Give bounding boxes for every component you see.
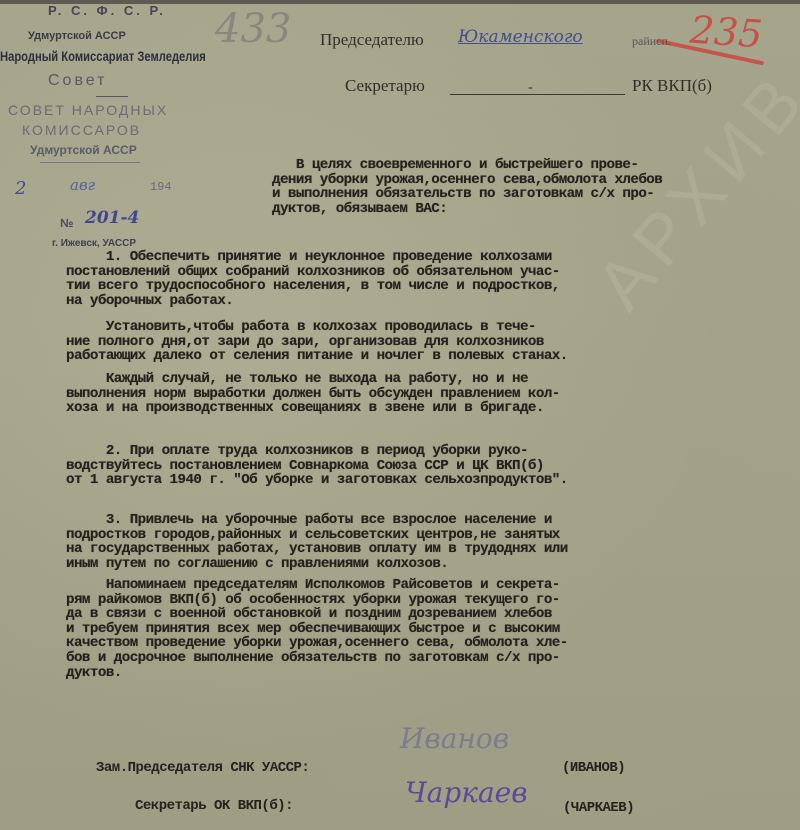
addressee-chair-suffix: райисп.: [632, 34, 671, 49]
document-page: АРХИВ Р. С. Ф. С. Р. Удмуртской АССР Нар…: [0, 0, 800, 830]
letterhead-line7: Удмуртской АССР: [30, 143, 137, 157]
secretary-name: (ЧАРКАЕВ): [563, 800, 634, 816]
addressee-blank-line: [450, 94, 625, 95]
body-item-2: 2. При оплате труда колхозников в период…: [66, 444, 568, 488]
body-item-1: 1. Обеспечить принятие и неуклонное пров…: [66, 250, 560, 308]
number-label: №: [60, 216, 73, 230]
letterhead-republic: Р. С. Ф. С. Р.: [48, 3, 166, 18]
body-intro: В целях своевременного и быстрейшего про…: [272, 158, 662, 216]
document-place: г. Ижевск, УАССР: [52, 238, 136, 249]
addressee-dash: -: [528, 80, 533, 96]
letterhead-divider: [96, 96, 128, 97]
body-item-1-absence: Каждый случай, не только не выхода на ра…: [66, 372, 560, 416]
addressee-district-handwritten: Юкаменского: [458, 27, 583, 47]
document-number: 201-4: [85, 208, 139, 228]
letterhead-divider-2: [40, 162, 140, 163]
date-day: 2: [15, 178, 26, 199]
letterhead-line2: Удмуртской АССР: [28, 30, 126, 42]
letterhead-line3: Народный Комиссариат Земледелия: [0, 48, 206, 64]
chair-signature: Иванов: [400, 722, 509, 755]
body-item-3: 3. Привлечь на уборочные работы все взро…: [66, 513, 568, 571]
addressee-chair-label: Председателю: [320, 30, 424, 50]
addressee-secretary-label: Секретарю: [345, 76, 425, 96]
secretary-title: Секретарь ОК ВКП(б):: [135, 798, 293, 814]
pencil-folio-number: 433: [215, 6, 291, 52]
letterhead-line5: СОВЕТ НАРОДНЫХ: [8, 102, 168, 118]
body-reminder: Напоминаем председателям Исполкомов Райс…: [66, 578, 568, 680]
date-year: 194: [150, 180, 172, 194]
letterhead-line4: Совет: [48, 72, 107, 90]
date-month: авг: [70, 176, 95, 194]
letterhead-line6: КОМИССАРОВ: [22, 122, 141, 138]
secretary-signature: Чаркаев: [405, 776, 528, 809]
chair-title: Зам.Председателя СНК УАССР:: [96, 760, 309, 776]
body-item-1-workday: Установить,чтобы работа в колхозах прово…: [66, 320, 568, 364]
chair-name: (ИВАНОВ): [562, 760, 625, 776]
addressee-secretary-suffix: РК ВКП(б): [632, 76, 712, 96]
